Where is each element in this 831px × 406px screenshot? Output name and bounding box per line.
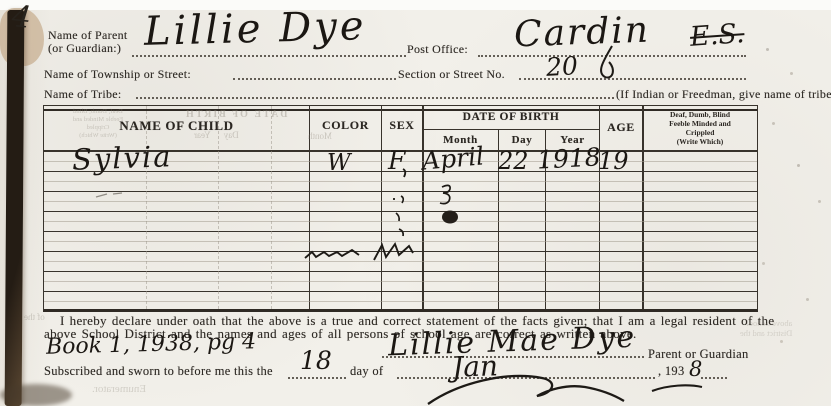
sex-comma-mark [403, 169, 405, 177]
cardin-tail-flourish [601, 46, 613, 78]
notary-signature-partial [428, 376, 624, 404]
name-column-dash-marks [96, 193, 122, 197]
sex-column-squiggle [374, 244, 413, 260]
stray-marks-overlay [0, 0, 831, 406]
sex-tick-mark [396, 213, 399, 221]
ink-blot [442, 211, 458, 224]
notary-signature-dash [652, 385, 702, 391]
census-card-scan: 4 Name of Parent (or Guardian:) Lillie D… [0, 0, 831, 406]
sex-tick-mark2 [399, 229, 403, 236]
sex-comma-mark2 [401, 196, 403, 203]
month-three-mark [440, 185, 450, 203]
color-column-squiggle [305, 250, 359, 258]
